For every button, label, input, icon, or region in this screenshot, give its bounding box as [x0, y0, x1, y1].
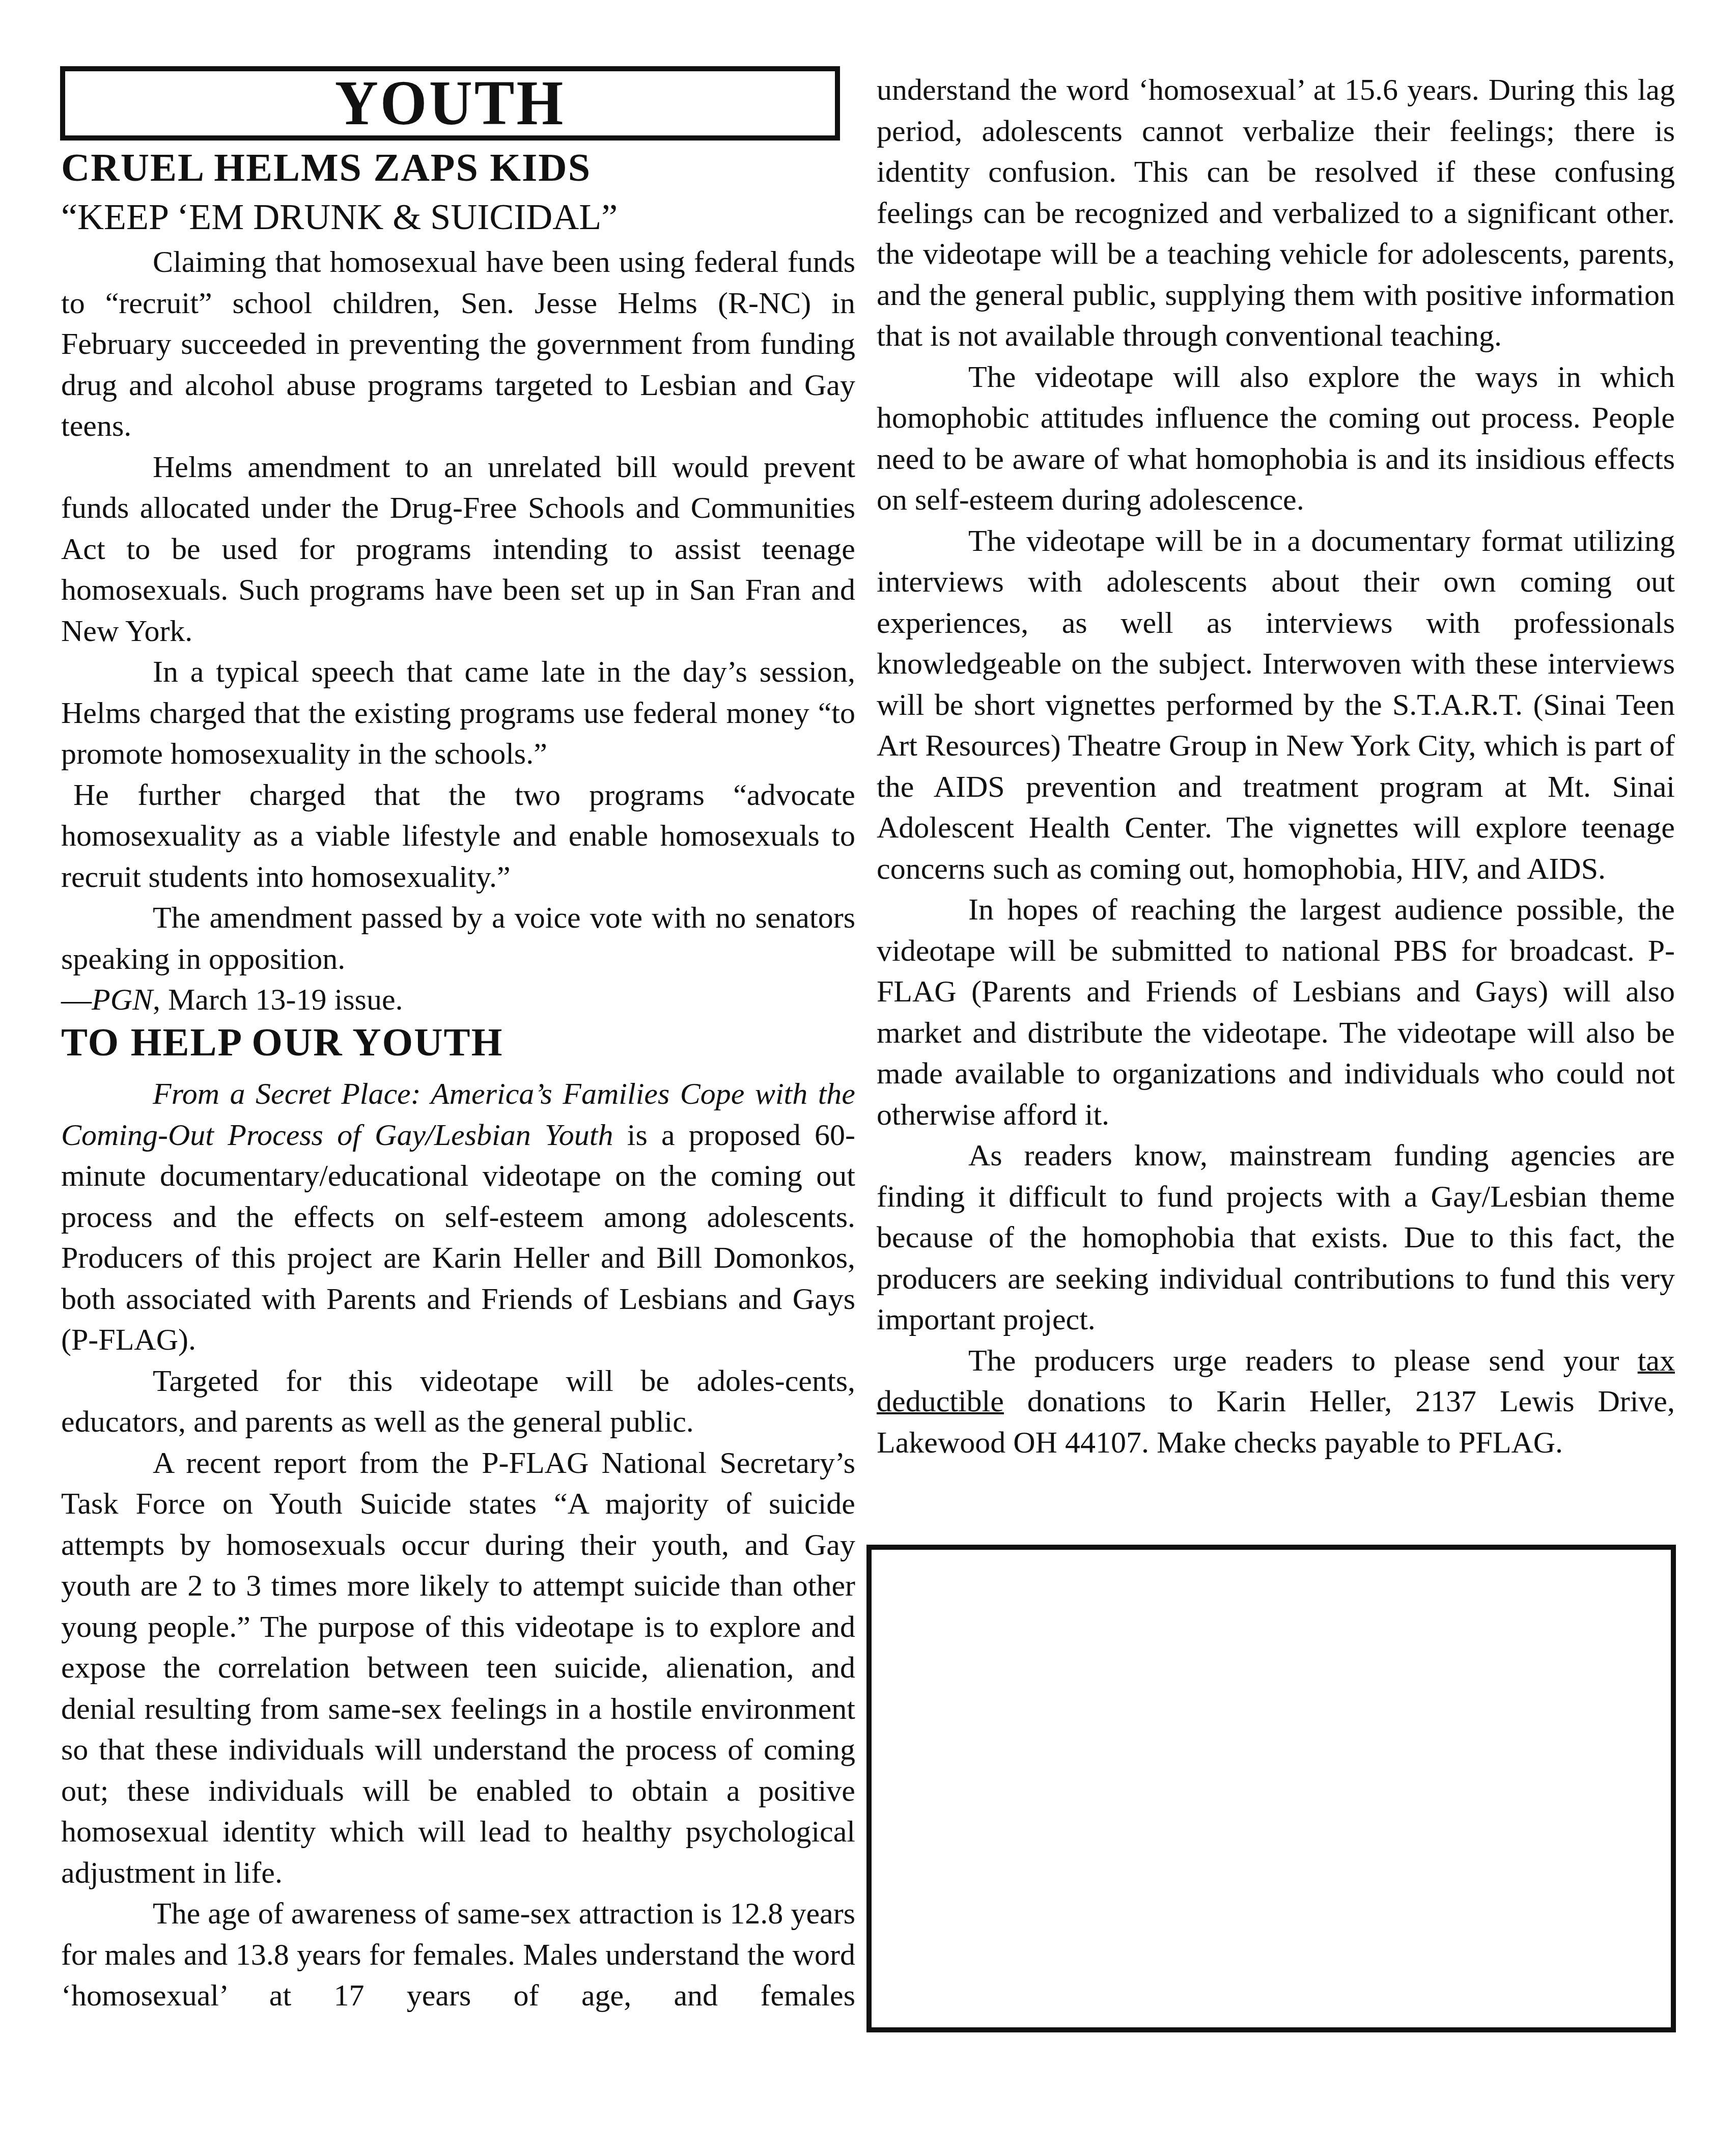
article2-paragraph: The age of awareness of same-sex attract… [61, 1893, 855, 2016]
article2-paragraph: The videotape will also explore the ways… [877, 356, 1675, 520]
article2-body-right: understand the word ‘homosexual’ at 15.6… [877, 69, 1675, 1463]
article1-paragraph: Helms amendment to an unrelated bill wou… [61, 446, 855, 652]
article2-paragraph: A recent report from the P-FLAG National… [61, 1442, 855, 1893]
closing-before: The producers urge readers to please sen… [968, 1344, 1638, 1377]
article1-body: Claiming that homosexual have been using… [61, 241, 855, 1020]
source-publication: PGN [92, 983, 153, 1016]
article1-paragraph: In a typical speech that came late in th… [61, 651, 855, 774]
article2-paragraph: In hopes of reaching the largest audienc… [877, 889, 1675, 1135]
article1-headline: CRUEL HELMS ZAPS KIDS [61, 148, 591, 187]
article2-paragraph: As readers know, mainstream funding agen… [877, 1135, 1675, 1340]
source-dash: — [61, 983, 92, 1016]
article2-continuation: understand the word ‘homosexual’ at 15.6… [877, 69, 1675, 356]
article1-paragraph: The amendment passed by a voice vote wit… [61, 897, 855, 979]
article1-paragraph: Claiming that homosexual have been using… [61, 241, 855, 446]
article2-paragraph: Targeted for this videotape will be adol… [61, 1360, 855, 1442]
intro-text: is a proposed 60-minute documentary/educ… [61, 1118, 855, 1357]
article2-intro: From a Secret Place: America’s Families … [61, 1073, 855, 1360]
article2-headline: TO HELP OUR YOUTH [61, 1022, 503, 1062]
article1-paragraph: He further charged that the two programs… [61, 774, 855, 898]
article2-paragraph: The videotape will be in a documentary f… [877, 520, 1675, 889]
empty-ad-box [866, 1545, 1676, 2032]
article1-source: —PGN, March 13-19 issue. [61, 979, 855, 1020]
article2-closing: The producers urge readers to please sen… [877, 1340, 1675, 1463]
section-title: YOUTH [335, 72, 566, 135]
section-title-box: YOUTH [60, 66, 840, 141]
article1-subheadline: “KEEP ‘EM DRUNK & SUICIDAL” [61, 199, 618, 235]
article2-body-left: From a Secret Place: America’s Families … [61, 1073, 855, 2016]
source-issue: , March 13-19 issue. [153, 983, 403, 1016]
